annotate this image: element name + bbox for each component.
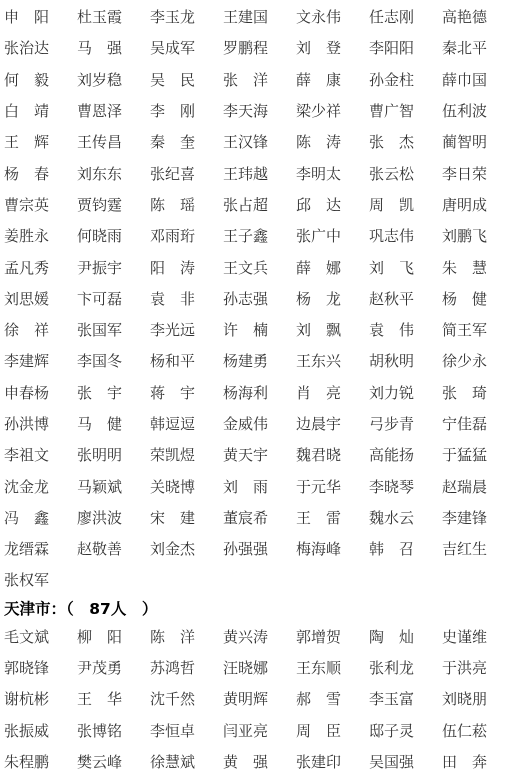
person-name: 沈千然 [150, 683, 223, 714]
person-name: 邸子灵 [369, 715, 442, 746]
person-name: 张云松 [369, 157, 442, 188]
person-name: 伍仁菘 [442, 715, 515, 746]
person-name: 弓步青 [369, 408, 442, 439]
person-name: 王 华 [77, 683, 150, 714]
person-name: 刘鹏飞 [442, 220, 515, 251]
person-name: 李晓琴 [369, 470, 442, 501]
person-name: 田 奔 [442, 746, 515, 777]
person-name: 梅海峰 [296, 533, 369, 564]
person-name: 伍利波 [442, 95, 515, 126]
person-name: 张治达 [4, 32, 77, 63]
person-name: 杨海利 [223, 377, 296, 408]
person-name: 秦 奎 [150, 126, 223, 157]
person-name: 李阳阳 [369, 32, 442, 63]
person-name: 郭晓锋 [4, 652, 77, 683]
person-name: 阳 涛 [150, 251, 223, 282]
person-name: 巩志伟 [369, 220, 442, 251]
person-name: 李建辉 [4, 345, 77, 376]
person-name: 王东顺 [296, 652, 369, 683]
person-name: 文永伟 [296, 1, 369, 32]
person-name: 张 琦 [442, 377, 515, 408]
person-name: 申 阳 [4, 1, 77, 32]
person-name: 王建国 [223, 1, 296, 32]
person-name: 蒋 宇 [150, 377, 223, 408]
person-name: 沈金龙 [4, 470, 77, 501]
person-name: 汪晓娜 [223, 652, 296, 683]
person-name: 张国军 [77, 314, 150, 345]
person-name: 吉红生 [442, 533, 515, 564]
person-name: 姜胜永 [4, 220, 77, 251]
person-name: 韩 召 [369, 533, 442, 564]
person-name: 杨 健 [442, 283, 515, 314]
person-name: 韩逗逗 [150, 408, 223, 439]
person-name: 李国冬 [77, 345, 150, 376]
person-name: 任志刚 [369, 1, 442, 32]
person-name: 马 健 [77, 408, 150, 439]
person-name: 申春杨 [4, 377, 77, 408]
person-name: 郭增贺 [296, 621, 369, 652]
person-name: 尹茂勇 [77, 652, 150, 683]
person-name: 李天海 [223, 95, 296, 126]
person-name: 荣凯煜 [150, 439, 223, 470]
person-name: 郝 雪 [296, 683, 369, 714]
person-name: 于猛猛 [442, 439, 515, 470]
person-name: 高艳德 [442, 1, 515, 32]
person-name: 李 刚 [150, 95, 223, 126]
person-name: 吴国强 [369, 746, 442, 777]
person-name: 刘 登 [296, 32, 369, 63]
person-name: 黄天宇 [223, 439, 296, 470]
person-name: 赵敬善 [77, 533, 150, 564]
person-name: 龙缙霖 [4, 533, 77, 564]
person-name: 徐 祥 [4, 314, 77, 345]
person-name: 王汉锋 [223, 126, 296, 157]
person-name: 孙洪博 [4, 408, 77, 439]
name-list-tianjin: 毛文斌柳 阳陈 洋黄兴涛郭增贺陶 灿史谨维郭晓锋尹茂勇苏鸿哲汪晓娜王东顺张利龙于… [4, 621, 516, 777]
person-name: 刘晓朋 [442, 683, 515, 714]
person-name: 贾钧霆 [77, 189, 150, 220]
person-name: 冯 鑫 [4, 502, 77, 533]
person-name: 杨 龙 [296, 283, 369, 314]
person-name: 魏君晓 [296, 439, 369, 470]
person-name: 孟凡秀 [4, 251, 77, 282]
person-name: 薛巾国 [442, 64, 515, 95]
person-name: 张 杰 [369, 126, 442, 157]
person-name: 柳 阳 [77, 621, 150, 652]
person-name: 秦北平 [442, 32, 515, 63]
person-name: 刘 飞 [369, 251, 442, 282]
person-name: 李恒卓 [150, 715, 223, 746]
person-name: 宋 建 [150, 502, 223, 533]
person-name: 朱 慧 [442, 251, 515, 282]
person-name: 于洪亮 [442, 652, 515, 683]
person-name: 薛 娜 [296, 251, 369, 282]
person-name: 袁 伟 [369, 314, 442, 345]
person-name: 杨和平 [150, 345, 223, 376]
person-name: 宁佳磊 [442, 408, 515, 439]
person-name: 张振威 [4, 715, 77, 746]
person-name: 张权军 [4, 564, 77, 595]
person-name: 唐明成 [442, 189, 515, 220]
person-name: 杜玉霞 [77, 1, 150, 32]
person-name: 刘金杰 [150, 533, 223, 564]
person-name: 关晓博 [150, 470, 223, 501]
person-name: 黄明辉 [223, 683, 296, 714]
person-name: 何 毅 [4, 64, 77, 95]
person-name: 张纪喜 [150, 157, 223, 188]
person-name: 闫亚亮 [223, 715, 296, 746]
person-name: 李日荣 [442, 157, 515, 188]
person-name: 苏鸿哲 [150, 652, 223, 683]
person-name: 罗鹏程 [223, 32, 296, 63]
person-name: 黄 强 [223, 746, 296, 777]
person-name: 陈 涛 [296, 126, 369, 157]
document-page: 申 阳杜玉霞李玉龙王建国文永伟任志刚高艳德张治达马 强吴成军罗鹏程刘 登李阳阳秦… [0, 0, 516, 777]
person-name: 周 臣 [296, 715, 369, 746]
person-name: 高能扬 [369, 439, 442, 470]
person-name: 陈 瑶 [150, 189, 223, 220]
person-name: 王 雷 [296, 502, 369, 533]
person-name: 刘思媛 [4, 283, 77, 314]
person-name: 孙志强 [223, 283, 296, 314]
person-name: 王子鑫 [223, 220, 296, 251]
person-name: 金威伟 [223, 408, 296, 439]
person-name: 黄兴涛 [223, 621, 296, 652]
person-name: 邱 达 [296, 189, 369, 220]
person-name: 边晨宇 [296, 408, 369, 439]
person-name: 张建印 [296, 746, 369, 777]
person-name: 李建锋 [442, 502, 515, 533]
person-name: 简王军 [442, 314, 515, 345]
person-name: 樊云峰 [77, 746, 150, 777]
person-name: 卞可磊 [77, 283, 150, 314]
person-name: 杨 春 [4, 157, 77, 188]
person-name: 薛 康 [296, 64, 369, 95]
person-name: 张占超 [223, 189, 296, 220]
person-name: 胡秋明 [369, 345, 442, 376]
name-list-previous-province: 申 阳杜玉霞李玉龙王建国文永伟任志刚高艳德张治达马 强吴成军罗鹏程刘 登李阳阳秦… [4, 1, 516, 596]
person-name: 曹恩泽 [77, 95, 150, 126]
person-name: 曹宗英 [4, 189, 77, 220]
person-name: 王传昌 [77, 126, 150, 157]
person-name: 杨建勇 [223, 345, 296, 376]
person-name: 史谨维 [442, 621, 515, 652]
person-name: 白 靖 [4, 95, 77, 126]
person-name: 张 洋 [223, 64, 296, 95]
person-name: 孙金柱 [369, 64, 442, 95]
person-name: 马颖斌 [77, 470, 150, 501]
person-name: 马 强 [77, 32, 150, 63]
person-name: 刘 飘 [296, 314, 369, 345]
person-name: 肖 亮 [296, 377, 369, 408]
person-name: 尹振宇 [77, 251, 150, 282]
person-name: 王 辉 [4, 126, 77, 157]
person-name: 赵瑞晨 [442, 470, 515, 501]
person-name: 王东兴 [296, 345, 369, 376]
person-name: 李光远 [150, 314, 223, 345]
person-name: 周 凯 [369, 189, 442, 220]
person-name: 邓雨珩 [150, 220, 223, 251]
person-name: 赵秋平 [369, 283, 442, 314]
person-name: 张 宇 [77, 377, 150, 408]
person-name: 刘 雨 [223, 470, 296, 501]
person-name: 张明明 [77, 439, 150, 470]
person-name: 李祖文 [4, 439, 77, 470]
person-name: 曹广智 [369, 95, 442, 126]
person-name: 刘东东 [77, 157, 150, 188]
person-name: 李玉龙 [150, 1, 223, 32]
person-name: 袁 非 [150, 283, 223, 314]
person-name: 董宸希 [223, 502, 296, 533]
person-name: 王玮越 [223, 157, 296, 188]
person-name: 魏水云 [369, 502, 442, 533]
person-name: 徐少永 [442, 345, 515, 376]
person-name: 陈 洋 [150, 621, 223, 652]
person-name: 梁少祥 [296, 95, 369, 126]
person-name: 张博铭 [77, 715, 150, 746]
person-name: 王文兵 [223, 251, 296, 282]
person-name: 徐慧斌 [150, 746, 223, 777]
person-name: 孙强强 [223, 533, 296, 564]
person-name: 谢杭彬 [4, 683, 77, 714]
person-name: 蔺智明 [442, 126, 515, 157]
person-name: 吴 民 [150, 64, 223, 95]
person-name: 吴成军 [150, 32, 223, 63]
person-name: 李明太 [296, 157, 369, 188]
person-name: 朱程鹏 [4, 746, 77, 777]
person-name: 于元华 [296, 470, 369, 501]
province-heading-tianjin: 天津市：（ 87人 ） [4, 596, 516, 621]
person-name: 许 楠 [223, 314, 296, 345]
person-name: 刘岁稳 [77, 64, 150, 95]
person-name: 毛文斌 [4, 621, 77, 652]
person-name: 李玉富 [369, 683, 442, 714]
person-name: 陶 灿 [369, 621, 442, 652]
person-name: 张广中 [296, 220, 369, 251]
person-name: 刘力锐 [369, 377, 442, 408]
person-name: 廖洪波 [77, 502, 150, 533]
person-name: 张利龙 [369, 652, 442, 683]
person-name: 何晓雨 [77, 220, 150, 251]
